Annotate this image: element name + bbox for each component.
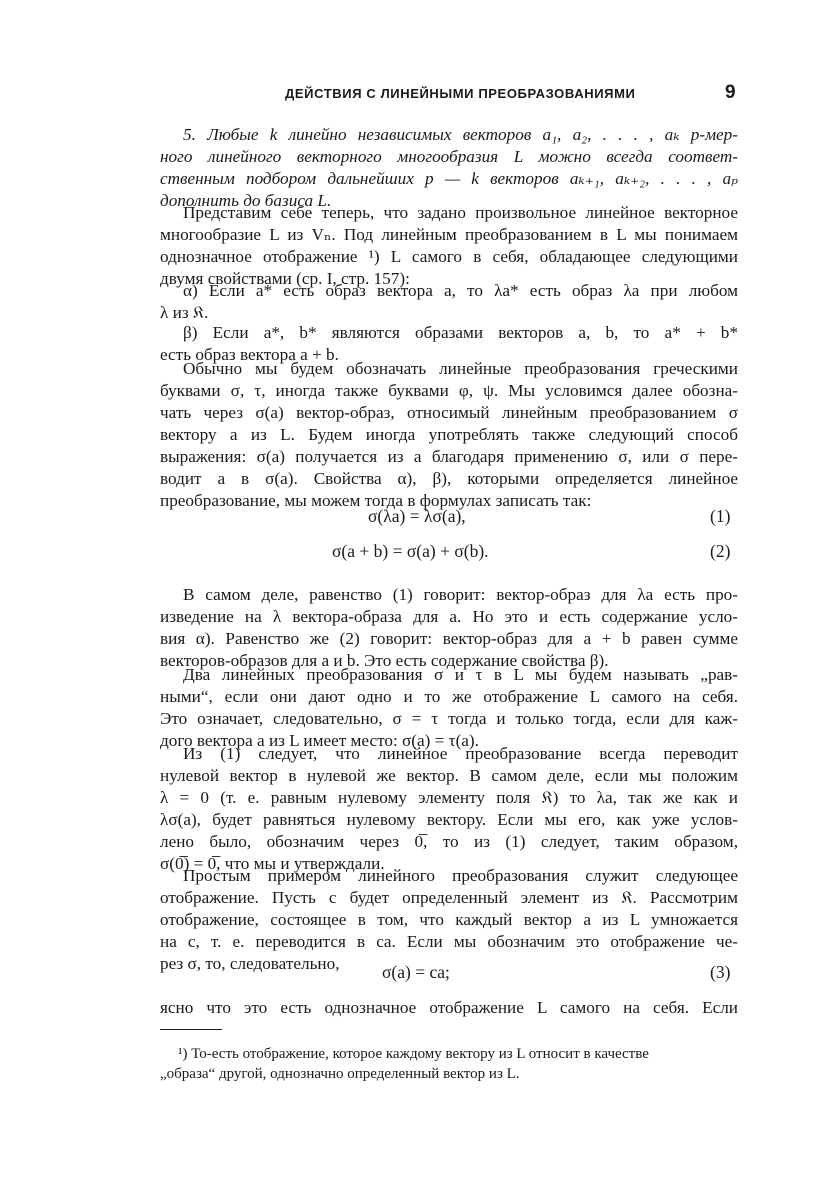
equation-number: (2) <box>710 541 730 562</box>
text-line: многообразие L из Vₙ. Под линейным преоб… <box>160 224 738 245</box>
text-line: Это означает, следовательно, σ = τ тогда… <box>160 708 738 729</box>
text-line: ными“, если они дают одно и то же отобра… <box>160 686 738 707</box>
text-line: ного линейного векторного многообразия L… <box>160 146 738 167</box>
text-line: 5. Любые k линейно независимых векторов … <box>183 124 738 145</box>
text-line: лено было, обозначим через 0̅, то из (1)… <box>160 831 738 852</box>
text-line: ственным подбором дальнейших p — k векто… <box>160 168 738 189</box>
text-line: отображение. Пусть c будет определенный … <box>160 887 738 908</box>
text-line: отображение, состоящее в том, что каждый… <box>160 909 738 930</box>
text-line: В самом деле, равенство (1) говорит: век… <box>183 584 738 605</box>
text-line: λσ(a), будет равняться нулевому вектору.… <box>160 809 738 830</box>
footnote-line-2: „образа“ другой, однозначно определенный… <box>160 1066 520 1083</box>
text-line: Из (1) следует, что линейное преобразова… <box>183 743 738 764</box>
equation-number: (1) <box>710 506 730 527</box>
text-line: ясно что это есть однозначное отображени… <box>160 997 738 1018</box>
text-line: выражения: σ(a) получается из a благодар… <box>160 446 738 467</box>
text-line: нулевой вектор в нулевой же вектор. В са… <box>160 765 738 786</box>
page-number: 9 <box>725 82 736 104</box>
text-line: чать через σ(a) вектор-образ, относимый … <box>160 402 738 423</box>
text-line: вектору a из L. Будем иногда употреблять… <box>160 424 738 445</box>
equation: σ(λa) = λσ(a), <box>368 506 466 527</box>
footnote-line-1: ¹) То-есть отображение, которое каждому … <box>178 1046 649 1063</box>
text-line: вия α). Равенство же (2) говорит: вектор… <box>160 628 738 649</box>
running-title: ДЕЙСТВИЯ С ЛИНЕЙНЫМИ ПРЕОБРАЗОВАНИЯМИ <box>285 86 635 101</box>
text-line: Обычно мы будем обозначать линейные прео… <box>183 358 738 379</box>
equation-number: (3) <box>710 962 730 983</box>
text-line: λ = 0 (т. е. равным нулевому элементу по… <box>160 787 738 808</box>
text-line: λ из 𝔎. <box>160 302 738 323</box>
text-line: однозначное отображение ¹) L самого в се… <box>160 246 738 267</box>
text-line: изведение на λ вектора-образа для a. Но … <box>160 606 738 627</box>
equation: σ(a + b) = σ(a) + σ(b). <box>332 541 489 562</box>
equation: σ(a) = ca; <box>382 962 450 983</box>
text-line: Представим себе теперь, что задано произ… <box>183 202 738 223</box>
text-line: на c, т. е. переводится в ca. Если мы об… <box>160 931 738 952</box>
text-line: буквами σ, τ, иногда также буквами φ, ψ.… <box>160 380 738 401</box>
text-line: Два линейных преобразования σ и τ в L мы… <box>183 664 738 685</box>
footnote-rule <box>160 1029 222 1030</box>
text-line: β) Если a*, b* являются образами векторо… <box>183 322 738 343</box>
text-line: Простым примером линейного преобразовани… <box>183 865 738 886</box>
text-line: водит a в σ(a). Свойства α), β), которым… <box>160 468 738 489</box>
book-page: ДЕЙСТВИЯ С ЛИНЕЙНЫМИ ПРЕОБРАЗОВАНИЯМИ 9 … <box>0 0 840 1191</box>
text-line: α) Если a* есть образ вектора a, то λa* … <box>183 280 738 301</box>
